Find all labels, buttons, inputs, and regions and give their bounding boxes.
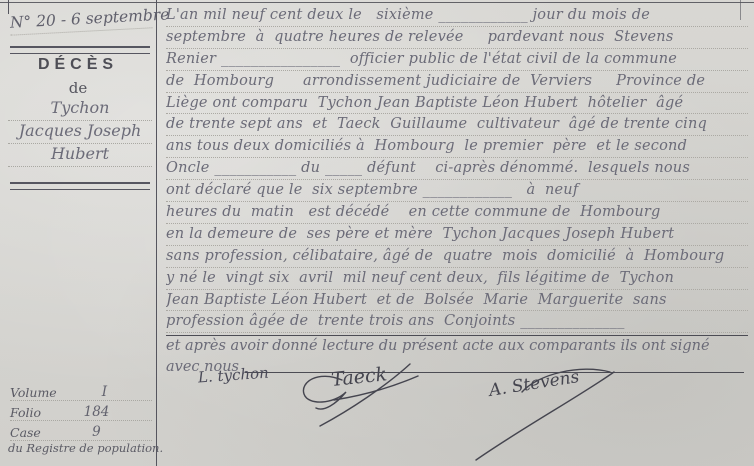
act-body: L'an mil neuf cent deux le sixième _____… <box>166 5 748 377</box>
volume-label: Volume <box>10 385 57 400</box>
deceased-surname: Tychon <box>8 98 152 121</box>
act-line: ont déclaré que le six septembre _______… <box>166 180 748 202</box>
act-line: Liège ont comparu Tychon Jean Baptiste L… <box>166 93 748 115</box>
case-value: 9 <box>41 424 152 440</box>
act-line: L'an mil neuf cent deux le sixième _____… <box>166 5 748 27</box>
registry-folio-row: Folio 184 <box>10 401 152 421</box>
act-line: Oncle ___________ du _____ défunt ci-apr… <box>166 158 748 180</box>
record-type-heading: DÉCÈS <box>0 56 156 74</box>
act-line: en la demeure de ses père et mère Tychon… <box>166 224 748 246</box>
signature-stevens-text: A. Stevens <box>486 367 581 401</box>
registry-volume-row: Volume I <box>10 381 152 401</box>
signature-stevens: A. Stevens <box>462 356 652 466</box>
act-line: sans profession, célibataire, âgé de qua… <box>166 246 748 268</box>
act-line: profession âgée de trente trois ans Conj… <box>166 311 748 333</box>
signature-taeck: Taeck <box>290 352 440 432</box>
act-line: ans tous deux domiciliés à Hombourg le p… <box>166 136 748 158</box>
deceased-given-names: Jacques Joseph <box>8 121 152 144</box>
margin-double-rule-bottom <box>10 182 150 190</box>
act-line: septembre à quatre heures de relevée par… <box>166 27 748 49</box>
act-line: heures du matin est décédé en cette comm… <box>166 202 748 224</box>
case-label: Case <box>10 425 41 440</box>
margin-divider-line <box>156 0 157 466</box>
record-type-subheading: de <box>0 79 156 97</box>
act-line: Renier ________________ officier public … <box>166 49 748 71</box>
volume-value: I <box>57 384 152 400</box>
registry-case-row: Case 9 <box>10 421 152 441</box>
folio-value: 184 <box>41 404 152 420</box>
act-line: de trente sept ans et Taeck Guillaume cu… <box>166 114 748 136</box>
population-register-note: du Registre de population. <box>8 441 163 455</box>
act-line: de Hombourg arrondissement judiciaire de… <box>166 71 748 93</box>
act-line: y né le vingt six avril mil neuf cent de… <box>166 268 748 290</box>
signature-tychon: L. tychon <box>197 364 269 387</box>
act-line: Jean Baptiste Léon Hubert et de Bolsée M… <box>166 290 748 312</box>
record-margin-column: N° 20 - 6 septembre DÉCÈS de Tychon Jacq… <box>0 0 156 466</box>
signature-taeck-text: Taeck <box>330 363 388 391</box>
folio-label: Folio <box>10 405 41 420</box>
act-number: N° 20 - 6 septembre <box>10 6 153 35</box>
death-record-scan: { "margin": { "act_number": "N° 20 - 6 s… <box>0 0 754 466</box>
margin-double-rule-top <box>10 46 150 54</box>
deceased-last-given-name: Hubert <box>8 144 152 167</box>
closing-formula: et après avoir donné lecture du présent … <box>166 336 748 357</box>
